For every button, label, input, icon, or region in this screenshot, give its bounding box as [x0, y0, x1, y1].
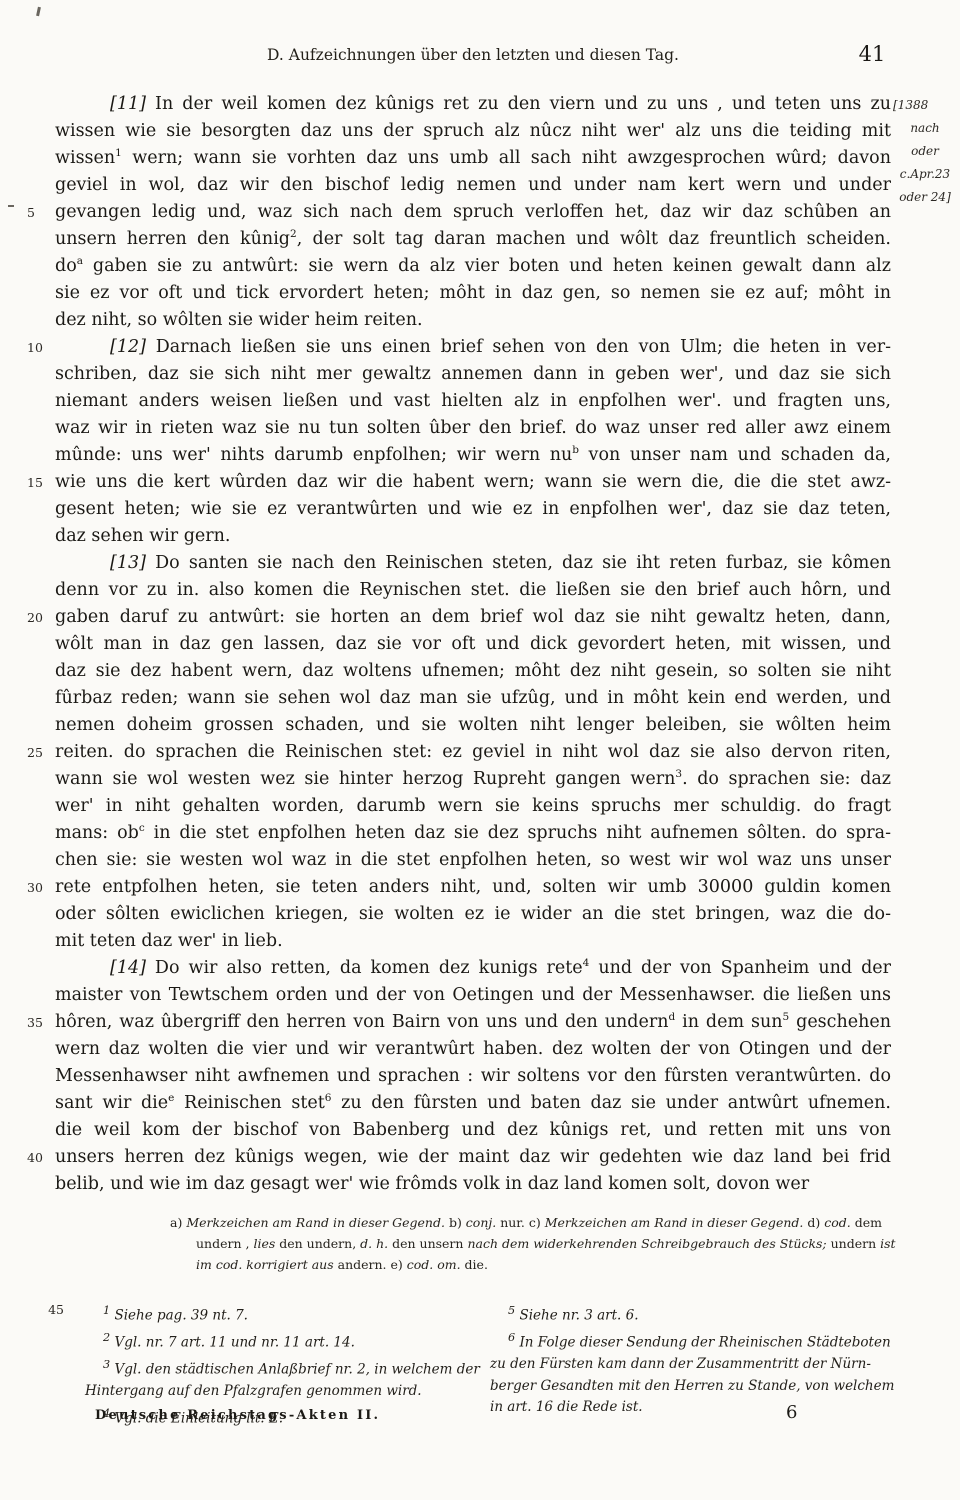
text-line: sie ez vor oft und tick ervordert heten;…	[55, 280, 891, 307]
margin-note-line: c.Apr.23	[893, 163, 957, 186]
footnote-line: zu den Fürsten kam dann der Zusammentrit…	[490, 1354, 891, 1376]
footnote-line: 1 Siehe pag. 39 nt. 7.	[85, 1300, 460, 1327]
apparatus-line: im cod. korrigiert aus andern. e) cod. o…	[170, 1254, 896, 1275]
text-line: unsers herren dez kûnigs wegen, wie der …	[55, 1144, 891, 1171]
line-number: 40	[27, 1144, 51, 1171]
line-number: 35	[27, 1009, 51, 1036]
text-line: wissen1 wern; wann sie vorhten daz uns u…	[55, 145, 891, 172]
text-line: unsern herren den kûnig2, der solt tag d…	[55, 226, 891, 253]
critical-apparatus: a) Merkzeichen am Rand in dieser Gegend.…	[170, 1212, 896, 1275]
text-line: doa gaben sie zu antwûrt: sie wern da al…	[55, 253, 891, 280]
text-line: wern daz wolten die vier und wir verantw…	[55, 1036, 891, 1063]
apparatus-line: undern , lies den undern, d. h. den unse…	[170, 1233, 896, 1254]
text-line: dez niht, so wôlten sie wider heim reite…	[55, 307, 891, 334]
line-number: 15	[27, 469, 51, 496]
text-line: oder sôlten ewiclichen kriegen, sie wolt…	[55, 901, 891, 928]
line-number: 45	[40, 1302, 64, 1317]
margin-note-line: oder	[893, 140, 957, 163]
text-line: Messenhawser niht awfnemen und sprachen …	[55, 1063, 891, 1090]
text-line: [14] Do wir also retten, da komen dez ku…	[55, 955, 891, 982]
text-line: wôlt man in daz gen lassen, daz sie vor …	[55, 631, 891, 658]
text-line: [12] Darnach ließen sie uns einen brief …	[55, 334, 891, 361]
footnote-line: in art. 16 die Rede ist.	[490, 1397, 891, 1419]
footnote-line: 5 Siehe nr. 3 art. 6.	[490, 1300, 891, 1327]
margin-note-line: oder 24]	[893, 186, 957, 209]
text-line: niemant anders weisen ließen und vast hi…	[55, 388, 891, 415]
footnotes-right-column: 5 Siehe nr. 3 art. 6.6 In Folge dieser S…	[490, 1300, 891, 1419]
text-line: daz sehen wir gern.	[55, 523, 891, 550]
text-line: gesent heten; wie sie ez verantwûrten un…	[55, 496, 891, 523]
footnote-line: 2 Vgl. nr. 7 art. 11 und nr. 11 art. 14.	[85, 1327, 460, 1354]
text-line: wann sie wol westen wez sie hinter herzo…	[55, 766, 891, 793]
text-line: belib, und wie im daz gesagt wer' wie fr…	[55, 1171, 891, 1198]
line-number: 10	[27, 334, 51, 361]
text-line: gaben daruf zu antwûrt: sie horten an de…	[55, 604, 891, 631]
text-line: nemen doheim grossen schaden, und sie wo…	[55, 712, 891, 739]
page-number: 41	[852, 42, 892, 66]
text-line: die weil kom der bischof von Babenberg u…	[55, 1117, 891, 1144]
text-line: fûrbaz reden; wann sie sehen wol daz man…	[55, 685, 891, 712]
text-line: [13] Do santen sie nach den Reinischen s…	[55, 550, 891, 577]
running-header-title: D. Aufzeichnungen über den letzten und d…	[55, 46, 891, 64]
line-number: 5	[27, 199, 51, 226]
series-title: Deutsche Reichstags-Akten II.	[95, 1408, 380, 1423]
text-line: schriben, daz sie sich niht mer gewaltz …	[55, 361, 891, 388]
text-line: sant wir diee Reinischen stet6 zu den fû…	[55, 1090, 891, 1117]
main-text-block: [11] In der weil komen dez kûnigs ret zu…	[55, 91, 891, 1198]
text-line: mans: obc in die stet enpfolhen heten da…	[55, 820, 891, 847]
scan-artifact	[8, 205, 14, 207]
line-number: 20	[27, 604, 51, 631]
text-line: mit teten daz wer' in lieb.	[55, 928, 891, 955]
text-line: chen sie: sie westen wol waz in die stet…	[55, 847, 891, 874]
text-line: hôren, waz ûbergriff den herren von Bair…	[55, 1009, 891, 1036]
scanned-book-page: D. Aufzeichnungen über den letzten und d…	[0, 0, 960, 1500]
line-number: 25	[27, 739, 51, 766]
text-line: [11] In der weil komen dez kûnigs ret zu…	[55, 91, 891, 118]
text-line: gevangen ledig und, waz sich nach dem sp…	[55, 199, 891, 226]
footnote-line: 3 Vgl. den städtischen Anlaßbrief nr. 2,…	[85, 1354, 460, 1381]
apparatus-line: a) Merkzeichen am Rand in dieser Gegend.…	[170, 1212, 896, 1233]
text-line: wie uns die kert wûrden daz wir die habe…	[55, 469, 891, 496]
text-line: rete entpfolhen heten, sie teten anders …	[55, 874, 891, 901]
text-line: wer' in niht gehalten worden, darumb wer…	[55, 793, 891, 820]
footnote-line: 6 In Folge dieser Sendung der Rheinische…	[490, 1327, 891, 1354]
text-line: reiten. do sprachen die Reinischen stet:…	[55, 739, 891, 766]
footnote-line: Hintergang auf den Pfalzgrafen genommen …	[85, 1381, 460, 1403]
text-line: daz sie dez habent wern, daz woltens ufn…	[55, 658, 891, 685]
text-line: geviel in wol, daz wir den bischof ledig…	[55, 172, 891, 199]
text-line: wissen wie sie besorgten daz uns der spr…	[55, 118, 891, 145]
scan-artifact	[36, 7, 41, 16]
margin-note-line: nach	[893, 117, 957, 140]
text-line: waz wir in rieten waz sie nu tun solten …	[55, 415, 891, 442]
margin-note-line: [1388	[893, 94, 957, 117]
text-line: maister von Tewtschem orden und der von …	[55, 982, 891, 1009]
margin-date-note: [1388nachoderc.Apr.23oder 24]	[893, 94, 957, 209]
text-line: mûnde: uns wer' nihts darumb enpfolhen; …	[55, 442, 891, 469]
text-line: denn vor zu in. also komen die Reynische…	[55, 577, 891, 604]
line-number: 30	[27, 874, 51, 901]
footnote-line: berger Gesandten mit den Herren zu Stand…	[490, 1376, 891, 1398]
sheet-signature-number: 6	[786, 1402, 797, 1423]
